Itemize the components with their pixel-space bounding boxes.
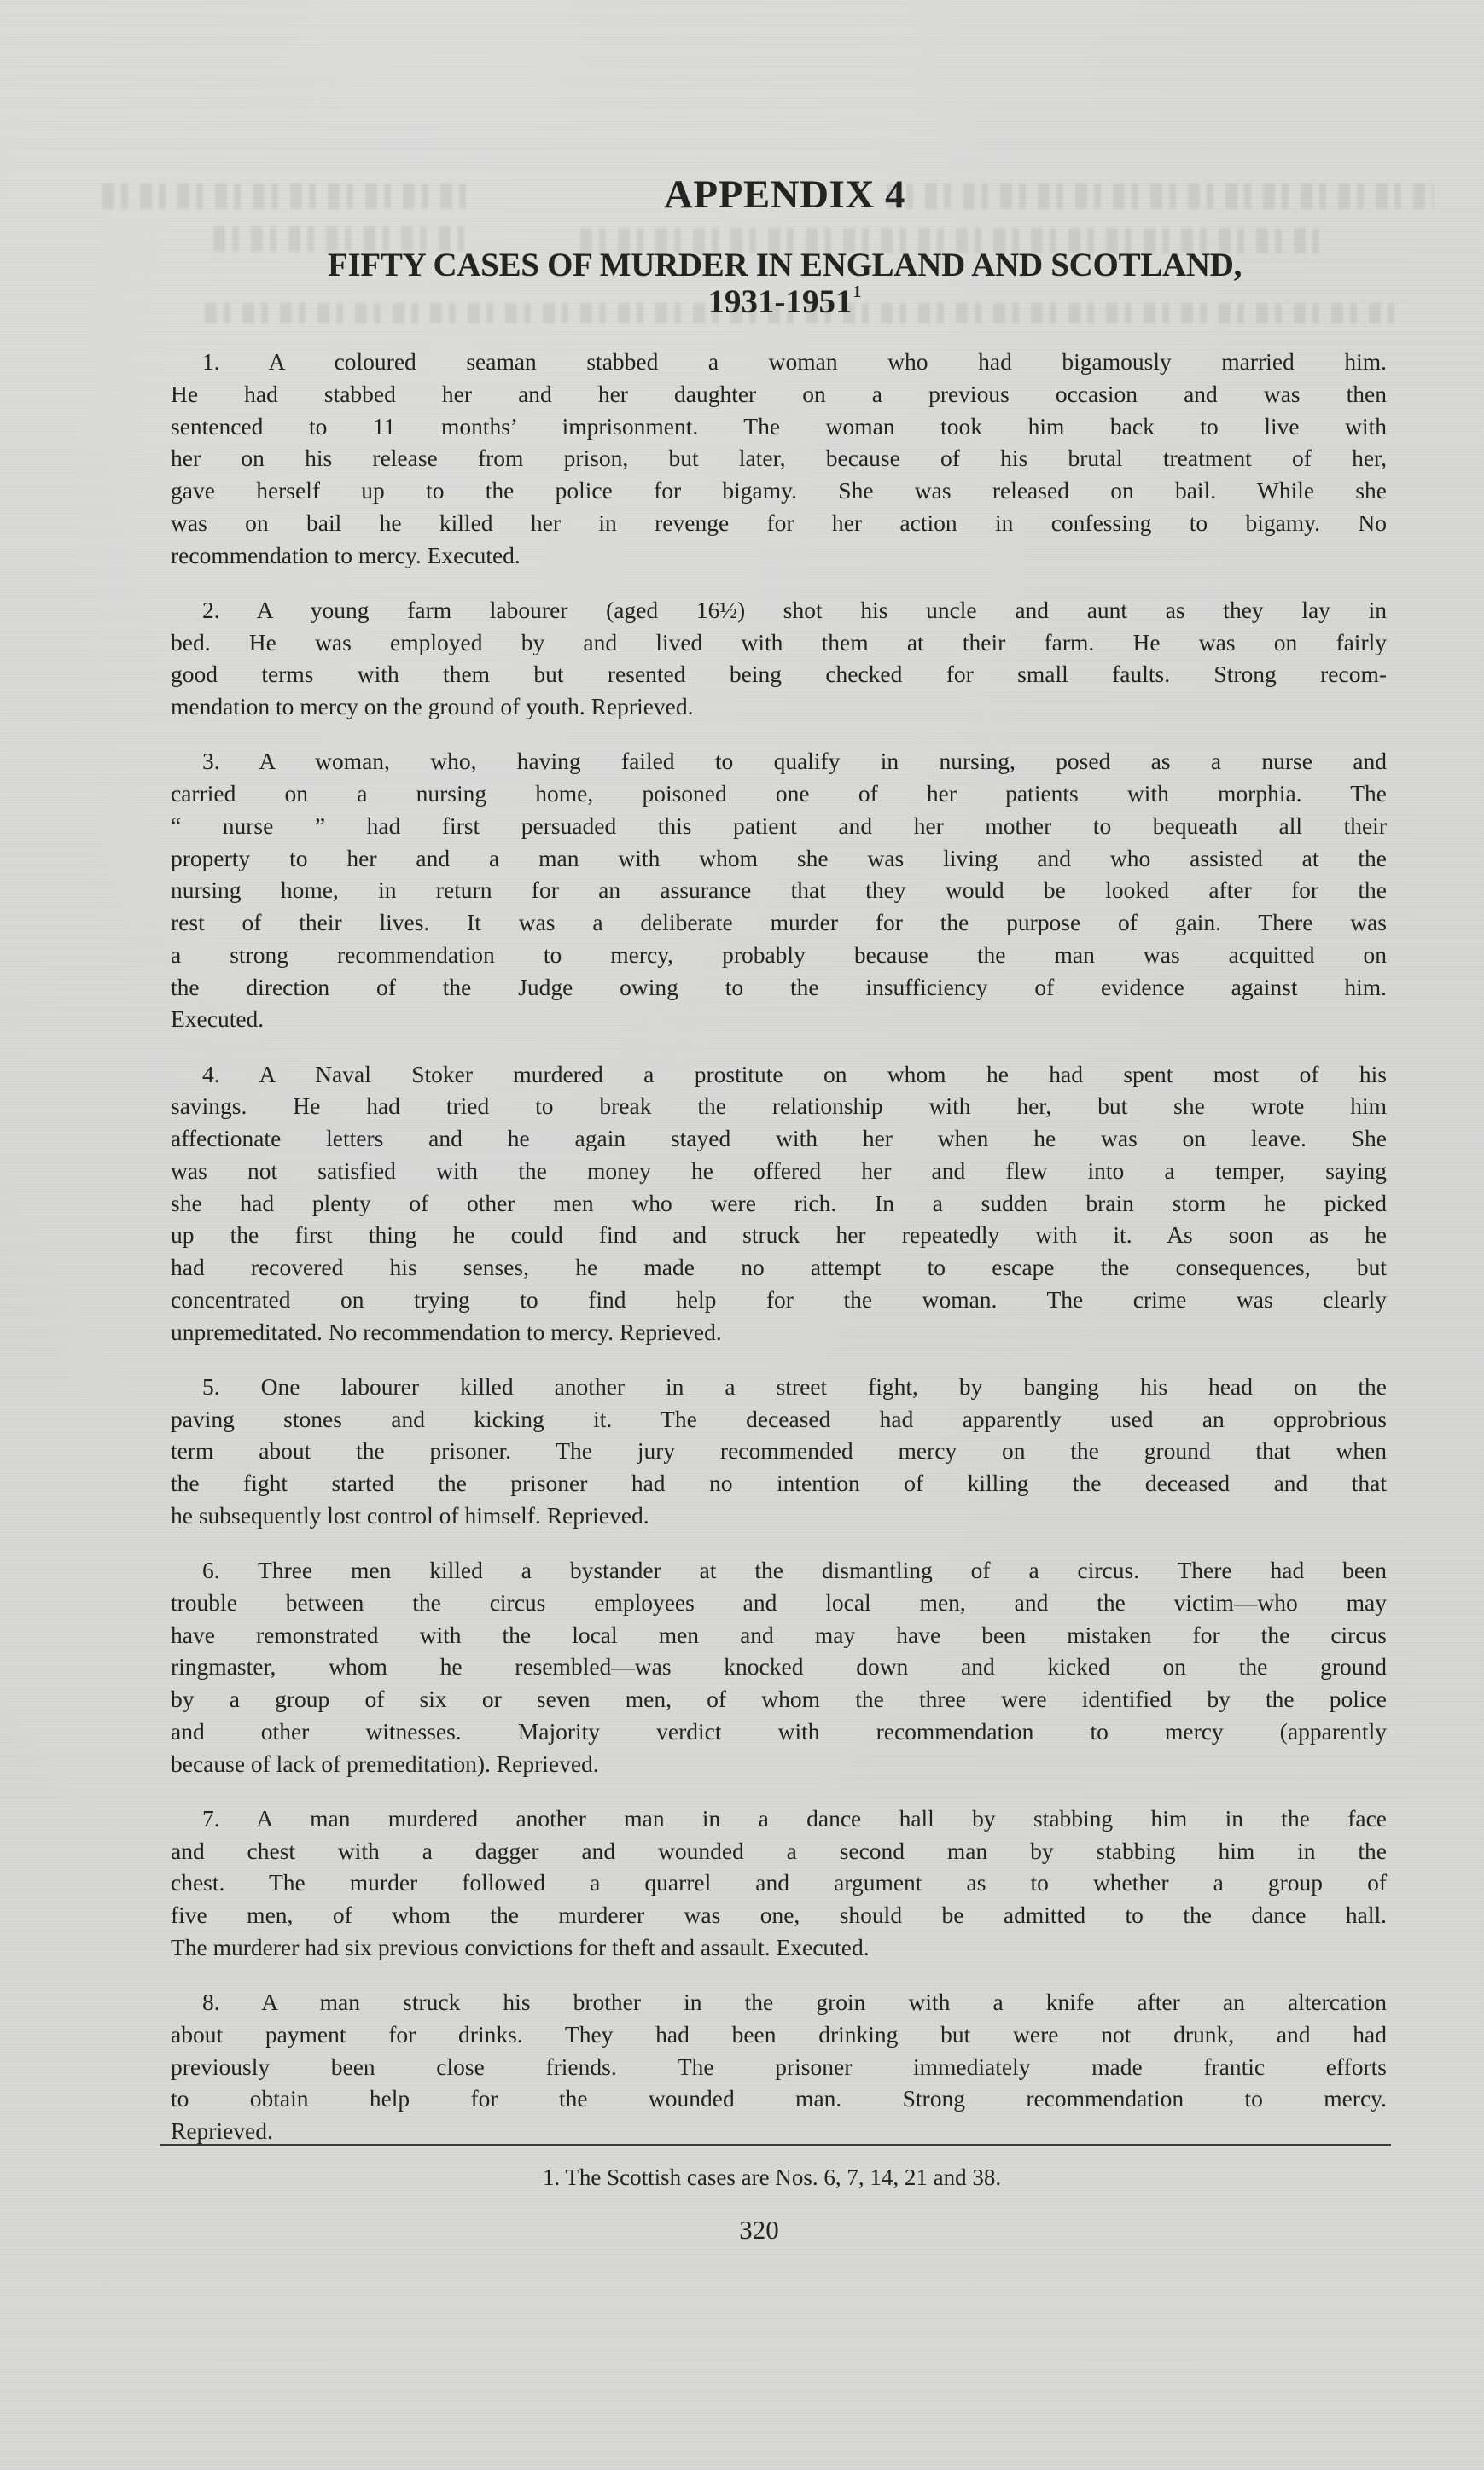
case-line: term about the prisoner. The jury recomm…: [171, 1435, 1387, 1467]
footnote: 1. The Scottish cases are Nos. 6, 7, 14,…: [0, 2163, 1484, 2192]
case-line: gave herself up to the police for bigamy…: [171, 475, 1387, 507]
case-line: concentrated on trying to find help for …: [171, 1284, 1387, 1316]
case-paragraph: 4. A Naval Stoker murdered a prostitute …: [171, 1058, 1387, 1349]
case-line: trouble between the circus employees and…: [171, 1587, 1387, 1619]
case-line: carried on a nursing home, poisoned one …: [171, 778, 1387, 810]
case-line: ringmaster, whom he resembled—was knocke…: [171, 1651, 1387, 1683]
case-line: had recovered his senses, he made no att…: [171, 1251, 1387, 1284]
footnote-marker: 1: [853, 283, 862, 301]
case-line: was on bail he killed her in revenge for…: [171, 507, 1387, 539]
appendix-title: APPENDIX 4: [43, 169, 1484, 220]
case-paragraph: 5. One labourer killed another in a stre…: [171, 1371, 1387, 1532]
case-line: 3. A woman, who, having failed to qualif…: [171, 745, 1387, 778]
case-line: the direction of the Judge owing to the …: [171, 971, 1387, 1004]
case-line: previously been close friends. The priso…: [171, 2051, 1387, 2083]
case-line: and chest with a dagger and wounded a se…: [171, 1835, 1387, 1867]
case-line: rest of their lives. It was a deliberate…: [171, 906, 1387, 939]
case-line: to obtain help for the wounded man. Stro…: [171, 2083, 1387, 2115]
case-paragraph: 6. Three men killed a bystander at the d…: [171, 1554, 1387, 1780]
case-line: her on his release from prison, but late…: [171, 442, 1387, 475]
case-line: Executed.: [171, 1003, 1387, 1035]
case-line: the fight started the prisoner had no in…: [171, 1467, 1387, 1500]
case-list: 1. A coloured seaman stabbed a woman who…: [171, 346, 1387, 2170]
case-line: 8. A man struck his brother in the groin…: [171, 1986, 1387, 2019]
case-line: and other witnesses. Majority verdict wi…: [171, 1716, 1387, 1748]
case-line: savings. He had tried to break the relat…: [171, 1090, 1387, 1122]
case-line: sentenced to 11 months’ imprisonment. Th…: [171, 411, 1387, 443]
case-line: 4. A Naval Stoker murdered a prostitute …: [171, 1058, 1387, 1091]
case-line: good terms with them but resented being …: [171, 658, 1387, 690]
case-line: chest. The murder followed a quarrel and…: [171, 1867, 1387, 1899]
case-line: paving stones and kicking it. The deceas…: [171, 1403, 1387, 1436]
heading-years-text: 1931-1951: [708, 283, 853, 320]
case-line: 2. A young farm labourer (aged 16½) shot…: [171, 594, 1387, 626]
case-line: bed. He was employed by and lived with t…: [171, 626, 1387, 659]
case-paragraph: 7. A man murdered another man in a dance…: [171, 1803, 1387, 1964]
case-line: unpremeditated. No recommendation to mer…: [171, 1316, 1387, 1349]
case-paragraph: 3. A woman, who, having failed to qualif…: [171, 745, 1387, 1035]
case-line: The murderer had six previous conviction…: [171, 1931, 1387, 1964]
case-line: Reprieved.: [171, 2115, 1387, 2147]
case-line: 5. One labourer killed another in a stre…: [171, 1371, 1387, 1403]
case-paragraph: 1. A coloured seaman stabbed a woman who…: [171, 346, 1387, 571]
case-line: 1. A coloured seaman stabbed a woman who…: [171, 346, 1387, 378]
footnote-rule: [160, 2144, 1391, 2146]
case-line: nursing home, in return for an assurance…: [171, 874, 1387, 906]
case-paragraph: 2. A young farm labourer (aged 16½) shot…: [171, 594, 1387, 723]
case-line: 7. A man murdered another man in a dance…: [171, 1803, 1387, 1835]
section-heading-years: 1931-19511: [43, 282, 1484, 328]
case-line: He had stabbed her and her daughter on a…: [171, 378, 1387, 411]
case-line: recommendation to mercy. Executed.: [171, 539, 1387, 572]
case-line: five men, of whom the murderer was one, …: [171, 1899, 1387, 1931]
case-line: 6. Three men killed a bystander at the d…: [171, 1554, 1387, 1587]
case-line: was not satisfied with the money he offe…: [171, 1155, 1387, 1187]
case-line: by a group of six or seven men, of whom …: [171, 1683, 1387, 1716]
case-line: she had plenty of other men who were ric…: [171, 1187, 1387, 1220]
case-line: he subsequently lost control of himself.…: [171, 1500, 1387, 1532]
case-line: up the first thing he could find and str…: [171, 1219, 1387, 1251]
case-line: have remonstrated with the local men and…: [171, 1619, 1387, 1652]
case-line: mendation to mercy on the ground of yout…: [171, 690, 1387, 723]
section-heading: FIFTY CASES OF MURDER IN ENGLAND AND SCO…: [43, 245, 1484, 286]
case-paragraph: 8. A man struck his brother in the groin…: [171, 1986, 1387, 2147]
case-line: a strong recommendation to mercy, probab…: [171, 939, 1387, 971]
case-line: property to her and a man with whom she …: [171, 842, 1387, 875]
case-line: affectionate letters and he again stayed…: [171, 1122, 1387, 1155]
case-line: about payment for drinks. They had been …: [171, 2019, 1387, 2051]
case-line: because of lack of premeditation). Repri…: [171, 1748, 1387, 1780]
page-number: 320: [0, 2213, 1484, 2247]
case-line: “ nurse ” had first persuaded this patie…: [171, 810, 1387, 842]
